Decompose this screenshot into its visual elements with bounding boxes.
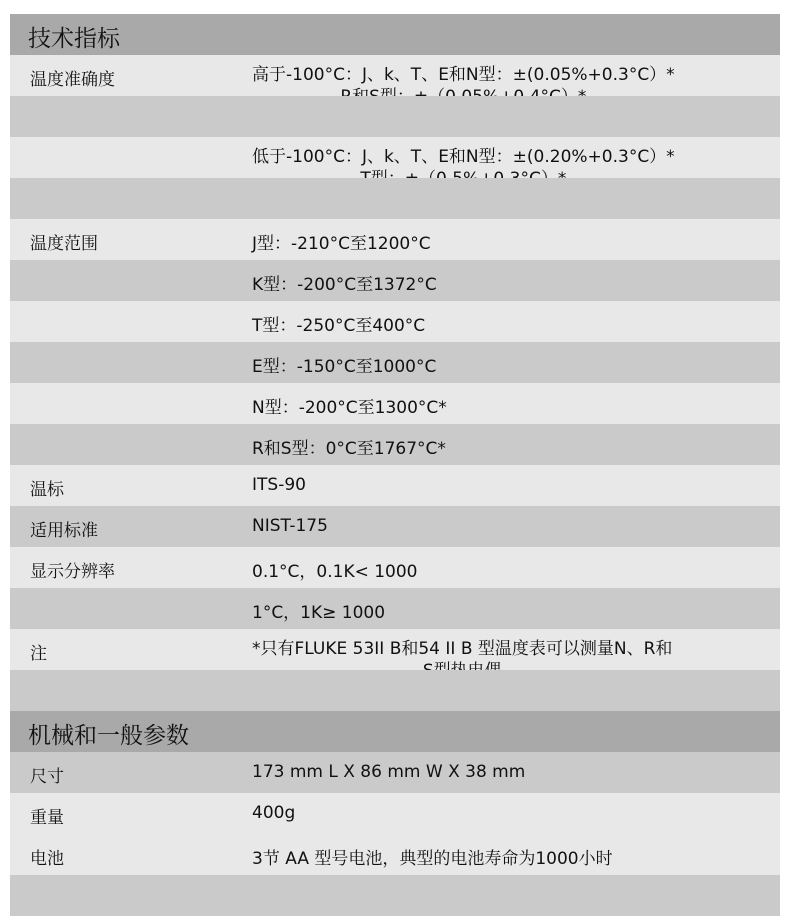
row-value: K型：-200°C至1372°C (252, 270, 437, 295)
row-value: NIST-175 (252, 516, 328, 536)
row-value: N型：-200°C至1300°C* (252, 393, 447, 418)
row-value: 3节 AA 型号电池，典型的电池寿命为1000小时 (252, 844, 613, 869)
row-label: 电池 (30, 844, 64, 869)
table-row: R和S型：0°C至1767°C* (10, 424, 780, 465)
table-row: 温度准确度 高于-100°C：J、k、T、E和N型：±(0.05%+0.3°C）… (10, 55, 780, 96)
row-value: R和S型：0°C至1767°C* (252, 434, 446, 459)
row-label: 温度准确度 (30, 65, 115, 90)
section-title: 技术指标 (28, 20, 120, 53)
row-label: 温度范围 (30, 229, 98, 254)
table-row: 显示分辨率 0.1°C，0.1K< 1000 (10, 547, 780, 588)
row-label: 显示分辨率 (30, 557, 115, 582)
table-row: 电池 3节 AA 型号电池，典型的电池寿命为1000小时 (10, 834, 780, 875)
table-row: 重量 400g (10, 793, 780, 834)
section-title: 机械和一般参数 (28, 717, 189, 750)
table-row: 注 *只有FLUKE 53II B和54 II B 型温度表可以测量N、R和 S… (10, 629, 780, 670)
section-header-mechanical: 机械和一般参数 (10, 711, 780, 752)
table-row: K型：-200°C至1372°C (10, 260, 780, 301)
table-row (10, 178, 780, 219)
row-value: J型：-210°C至1200°C (252, 229, 431, 254)
table-row (10, 670, 780, 711)
table-row: T型：-250°C至400°C (10, 301, 780, 342)
section-header-tech-specs: 技术指标 (10, 14, 780, 55)
row-value: E型：-150°C至1000°C (252, 352, 436, 377)
table-row: 低于-100°C：J、k、T、E和N型：±(0.20%+0.3°C）* T型：±… (10, 137, 780, 178)
row-label: 适用标准 (30, 516, 98, 541)
table-row: 1°C，1K≥ 1000 (10, 588, 780, 629)
table-row: 温度范围 J型：-210°C至1200°C (10, 219, 780, 260)
row-value: 173 mm L X 86 mm W X 38 mm (252, 762, 525, 782)
table-row: N型：-200°C至1300°C* (10, 383, 780, 424)
row-value: 1°C，1K≥ 1000 (252, 598, 385, 623)
table-row: 温标 ITS-90 (10, 465, 780, 506)
table-row (10, 96, 780, 137)
row-value: ITS-90 (252, 475, 306, 495)
spec-table: 技术指标 温度准确度 高于-100°C：J、k、T、E和N型：±(0.05%+0… (10, 14, 780, 916)
row-label: 注 (30, 639, 47, 664)
row-label: 温标 (30, 475, 64, 500)
row-value: 400g (252, 803, 295, 823)
table-row: 适用标准 NIST-175 (10, 506, 780, 547)
row-label: 重量 (30, 803, 64, 828)
table-row: 尺寸 173 mm L X 86 mm W X 38 mm (10, 752, 780, 793)
table-row (10, 875, 780, 916)
row-value: T型：-250°C至400°C (252, 311, 425, 336)
row-value: 0.1°C，0.1K< 1000 (252, 557, 418, 582)
table-row: E型：-150°C至1000°C (10, 342, 780, 383)
row-label: 尺寸 (30, 762, 64, 787)
